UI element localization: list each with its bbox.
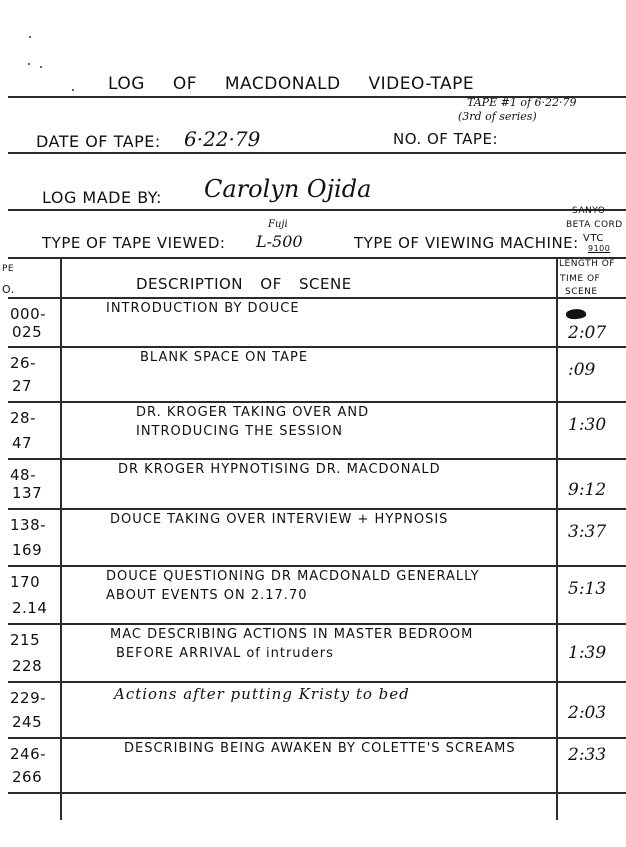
table-row: 229-245Actions after putting Kristy to b… [0, 681, 626, 737]
scan-speck [40, 66, 42, 68]
tape-no-header: PE [2, 264, 14, 274]
tape-note: TAPE #1 of 6·22·79 [467, 96, 577, 109]
tape-end: 169 [12, 541, 42, 559]
tape-start: 26- [10, 354, 36, 372]
no-of-tape-label: NO. OF TAPE: [393, 130, 498, 148]
tape-start: 48- [10, 466, 36, 484]
tape-end: 2.14 [12, 599, 47, 617]
viewing-machine-value: 9100 [588, 244, 610, 253]
scene-description: DOUCE QUESTIONING DR MACDONALD GENERALLY [106, 569, 480, 584]
scene-description: DESCRIBING BEING AWAKEN BY COLETTE'S SCR… [124, 741, 516, 756]
viewing-machine-label: TYPE OF VIEWING MACHINE: [354, 234, 579, 252]
tape-note: (3rd of series) [458, 110, 537, 123]
tape-start: 28- [10, 409, 36, 427]
tape-end: 245 [12, 713, 42, 731]
table-row: 26-27BLANK SPACE ON TAPE:09 [0, 346, 626, 401]
scene-description: BEFORE ARRIVAL of intruders [116, 646, 334, 661]
log-made-by-signature: Carolyn Ojida [204, 175, 371, 203]
divider [8, 209, 626, 211]
tape-start: 215 [10, 631, 40, 649]
row-divider [8, 792, 626, 794]
log-made-by-label: LOG MADE BY: [42, 188, 162, 207]
tape-type-brand: Fuji [268, 219, 288, 230]
table-row: 138-169DOUCE TAKING OVER INTERVIEW + HYP… [0, 508, 626, 565]
divider [8, 152, 626, 154]
table-row: 28-47DR. KROGER TAKING OVER ANDINTRODUCI… [0, 401, 626, 458]
scene-length: :09 [568, 360, 595, 380]
table-top-border [8, 257, 626, 259]
scene-length: 9:12 [568, 480, 606, 500]
scan-speck [72, 89, 74, 91]
viewing-machine-value: VTC [583, 233, 604, 244]
date-of-tape-value: 6·22·79 [184, 127, 260, 151]
scene-description: INTRODUCTION BY DOUCE [106, 301, 300, 316]
tape-type-label: TYPE OF TAPE VIEWED: [42, 234, 225, 252]
scene-length: 1:39 [568, 643, 606, 663]
tape-end: 47 [12, 434, 32, 452]
scan-speck [28, 63, 30, 65]
scene-length: 1:30 [568, 415, 606, 435]
tape-end: 137 [12, 484, 42, 502]
tape-start: 170 [10, 573, 40, 591]
scene-description: ABOUT EVENTS ON 2.17.70 [106, 588, 307, 603]
table-row: 000-025INTRODUCTION BY DOUCE2:07 [0, 297, 626, 346]
scene-description: MAC DESCRIBING ACTIONS IN MASTER BEDROOM [110, 627, 473, 642]
viewing-machine-note: BETA CORD [566, 220, 623, 230]
table-row: 1702.14DOUCE QUESTIONING DR MACDONALD GE… [0, 565, 626, 623]
scene-description: Actions after putting Kristy to bed [114, 685, 410, 703]
table-row: 246-266DESCRIBING BEING AWAKEN BY COLETT… [0, 737, 626, 792]
viewing-machine-note: SANYO [572, 206, 605, 216]
tape-end: 266 [12, 768, 42, 786]
scene-description: INTRODUCING THE SESSION [136, 424, 343, 439]
scan-speck [29, 36, 31, 38]
scene-description: DOUCE TAKING OVER INTERVIEW + HYPNOSIS [110, 512, 448, 527]
length-header: SCENE [565, 287, 598, 297]
table-row: 48-137DR KROGER HYPNOTISING DR. MACDONAL… [0, 458, 626, 508]
date-of-tape-label: DATE OF TAPE: [36, 132, 161, 151]
scene-description: DR. KROGER TAKING OVER AND [136, 405, 369, 420]
tape-end: 27 [12, 377, 32, 395]
tape-end: 025 [12, 323, 42, 341]
tape-start: 000- [10, 305, 46, 323]
scene-length: 2:07 [568, 323, 606, 343]
tape-start: 246- [10, 745, 46, 763]
tape-start: 138- [10, 516, 46, 534]
scene-length: 2:33 [568, 745, 606, 765]
tape-no-header: O. [2, 283, 15, 296]
tape-start: 229- [10, 689, 46, 707]
table-row: 215228MAC DESCRIBING ACTIONS IN MASTER B… [0, 623, 626, 681]
scene-description: DR KROGER HYPNOTISING DR. MACDONALD [118, 462, 441, 477]
description-header: DESCRIPTION OF SCENE [136, 275, 352, 293]
document-title: LOG OF MACDONALD VIDEO-TAPE [108, 74, 474, 94]
length-header: LENGTH OF [559, 259, 615, 269]
tape-end: 228 [12, 657, 42, 675]
length-header: TIME OF [560, 274, 600, 284]
scene-length: 5:13 [568, 579, 606, 599]
tape-type-value: L-500 [256, 232, 303, 251]
scene-description: BLANK SPACE ON TAPE [140, 350, 308, 365]
scene-length: 3:37 [568, 522, 606, 542]
scene-length: 2:03 [568, 703, 606, 723]
